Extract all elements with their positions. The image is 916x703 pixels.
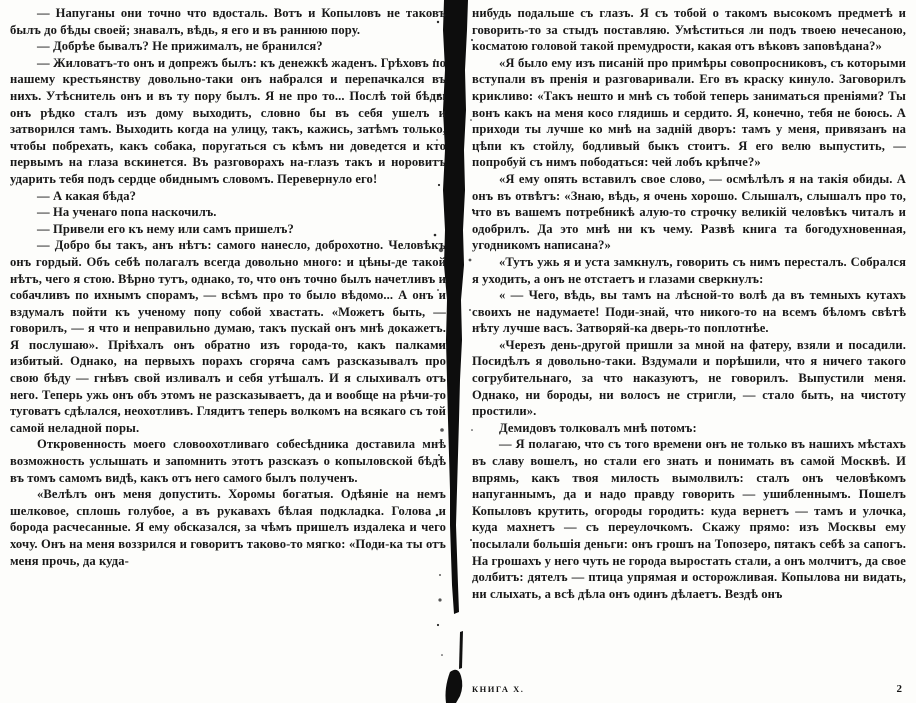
left-text-column: — Напуганы они точно что вдосталь. Вотъ … [10, 5, 446, 673]
paragraph: Демидовъ толковалъ мнѣ потомъ: [472, 420, 906, 437]
book-scan-page: — Напуганы они точно что вдосталь. Вотъ … [0, 0, 916, 703]
paragraph: Откровенность моего словоохотливаго собе… [10, 436, 446, 486]
paragraph: — Жиловатъ-то онъ и допрежъ былъ: къ ден… [10, 55, 446, 188]
paragraph: — Напуганы они точно что вдосталь. Вотъ … [10, 5, 446, 38]
paragraph: «Я было ему изъ писаній про примѣры сово… [472, 55, 906, 171]
paragraph: — А какая бѣда? [10, 188, 446, 205]
paragraph: «Я ему опять вставилъ свое слово, — осмѣ… [472, 171, 906, 254]
paragraph: «Велѣлъ онъ меня допустить. Хоромы богат… [10, 486, 446, 569]
paragraph: «Черезъ день-другой пришли за мной на фа… [472, 337, 906, 420]
signature-mark: КНИГА X. [472, 684, 524, 694]
paragraph: — Добрѣе бывалъ? Не прижималъ, не бранил… [10, 38, 446, 55]
paragraph: «Тутъ ужь я и уста замкнулъ, говорить съ… [472, 254, 906, 287]
paragraph: « — Чего, вѣдь, вы тамъ на лѣсной-то вол… [472, 287, 906, 337]
right-text-column: нибудь подальше съ глазъ. Я съ тобой о т… [472, 5, 906, 673]
paragraph: — Добро бы такъ, анъ нѣтъ: самого нанесл… [10, 237, 446, 436]
paragraph: — Я полагаю, что съ того времени онъ не … [472, 436, 906, 602]
paragraph: нибудь подальше съ глазъ. Я съ тобой о т… [472, 5, 906, 55]
page-footer: КНИГА X. 2 [472, 683, 906, 695]
paragraph: — На ученаго попа наскочилъ. [10, 204, 446, 221]
sheet-number: 2 [897, 683, 907, 695]
paragraph: — Привели его къ нему или самъ пришелъ? [10, 221, 446, 238]
